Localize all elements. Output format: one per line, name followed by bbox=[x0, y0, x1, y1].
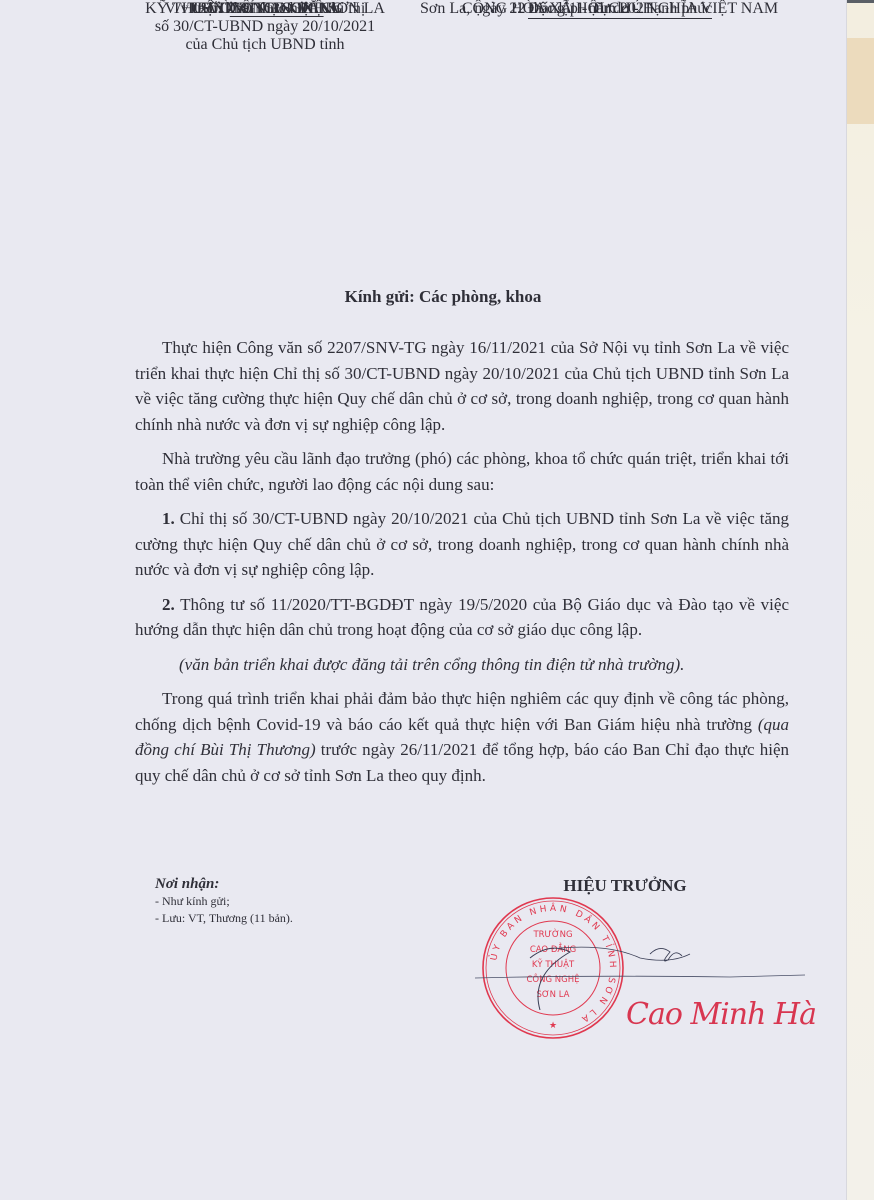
note: (văn bản triển khai được đăng tải trên c… bbox=[135, 652, 789, 678]
subject-line: V/v triển khai thực hiện Chỉ thị bbox=[100, 0, 430, 18]
recipient-item: - Như kính gửi; bbox=[155, 893, 293, 910]
scan-edge-top bbox=[847, 0, 874, 3]
paragraph: Trong quá trình triển khai phải đảm bảo … bbox=[135, 686, 789, 788]
list-number: 1. bbox=[162, 509, 175, 528]
svg-text:★: ★ bbox=[549, 1021, 557, 1031]
list-text: Thông tư số 11/2020/TT-BGDĐT ngày 19/5/2… bbox=[135, 595, 789, 640]
list-item: 2. Thông tư số 11/2020/TT-BGDĐT ngày 19/… bbox=[135, 592, 789, 643]
scan-edge-stain bbox=[847, 38, 874, 124]
recipients-title: Nơi nhận: bbox=[155, 876, 293, 893]
signer-name: Cao Minh Hà bbox=[626, 997, 816, 1032]
list-item: 1. Chỉ thị số 30/CT-UBND ngày 20/10/2021… bbox=[135, 506, 789, 583]
recipient-item: - Lưu: VT, Thương (11 bản). bbox=[155, 910, 293, 927]
signature-title: HIỆU TRƯỞNG bbox=[470, 876, 780, 896]
paragraph-text: Trong quá trình triển khai phải đảm bảo … bbox=[135, 689, 789, 734]
addressee: Kính gửi: Các phòng, khoa bbox=[0, 287, 846, 307]
list-text: Chỉ thị số 30/CT-UBND ngày 20/10/2021 củ… bbox=[135, 509, 789, 579]
paragraph: Nhà trường yêu cầu lãnh đạo trưởng (phó)… bbox=[135, 446, 789, 497]
list-number: 2. bbox=[162, 595, 175, 614]
recipients-block: Nơi nhận: - Như kính gửi; - Lưu: VT, Thư… bbox=[155, 876, 293, 927]
place-date: Sơn La, ngày 22 tháng 11 năm 2021 bbox=[420, 0, 820, 18]
paragraph: Thực hiện Công văn số 2207/SNV-TG ngày 1… bbox=[135, 335, 789, 437]
subject-line: số 30/CT-UBND ngày 20/10/2021 bbox=[100, 18, 430, 36]
subject-summary: V/v triển khai thực hiện Chỉ thị số 30/C… bbox=[100, 0, 430, 54]
scan-edge bbox=[847, 0, 874, 1200]
subject-line: của Chủ tịch UBND tỉnh bbox=[100, 36, 430, 54]
document-body: Thực hiện Công văn số 2207/SNV-TG ngày 1… bbox=[135, 335, 789, 797]
